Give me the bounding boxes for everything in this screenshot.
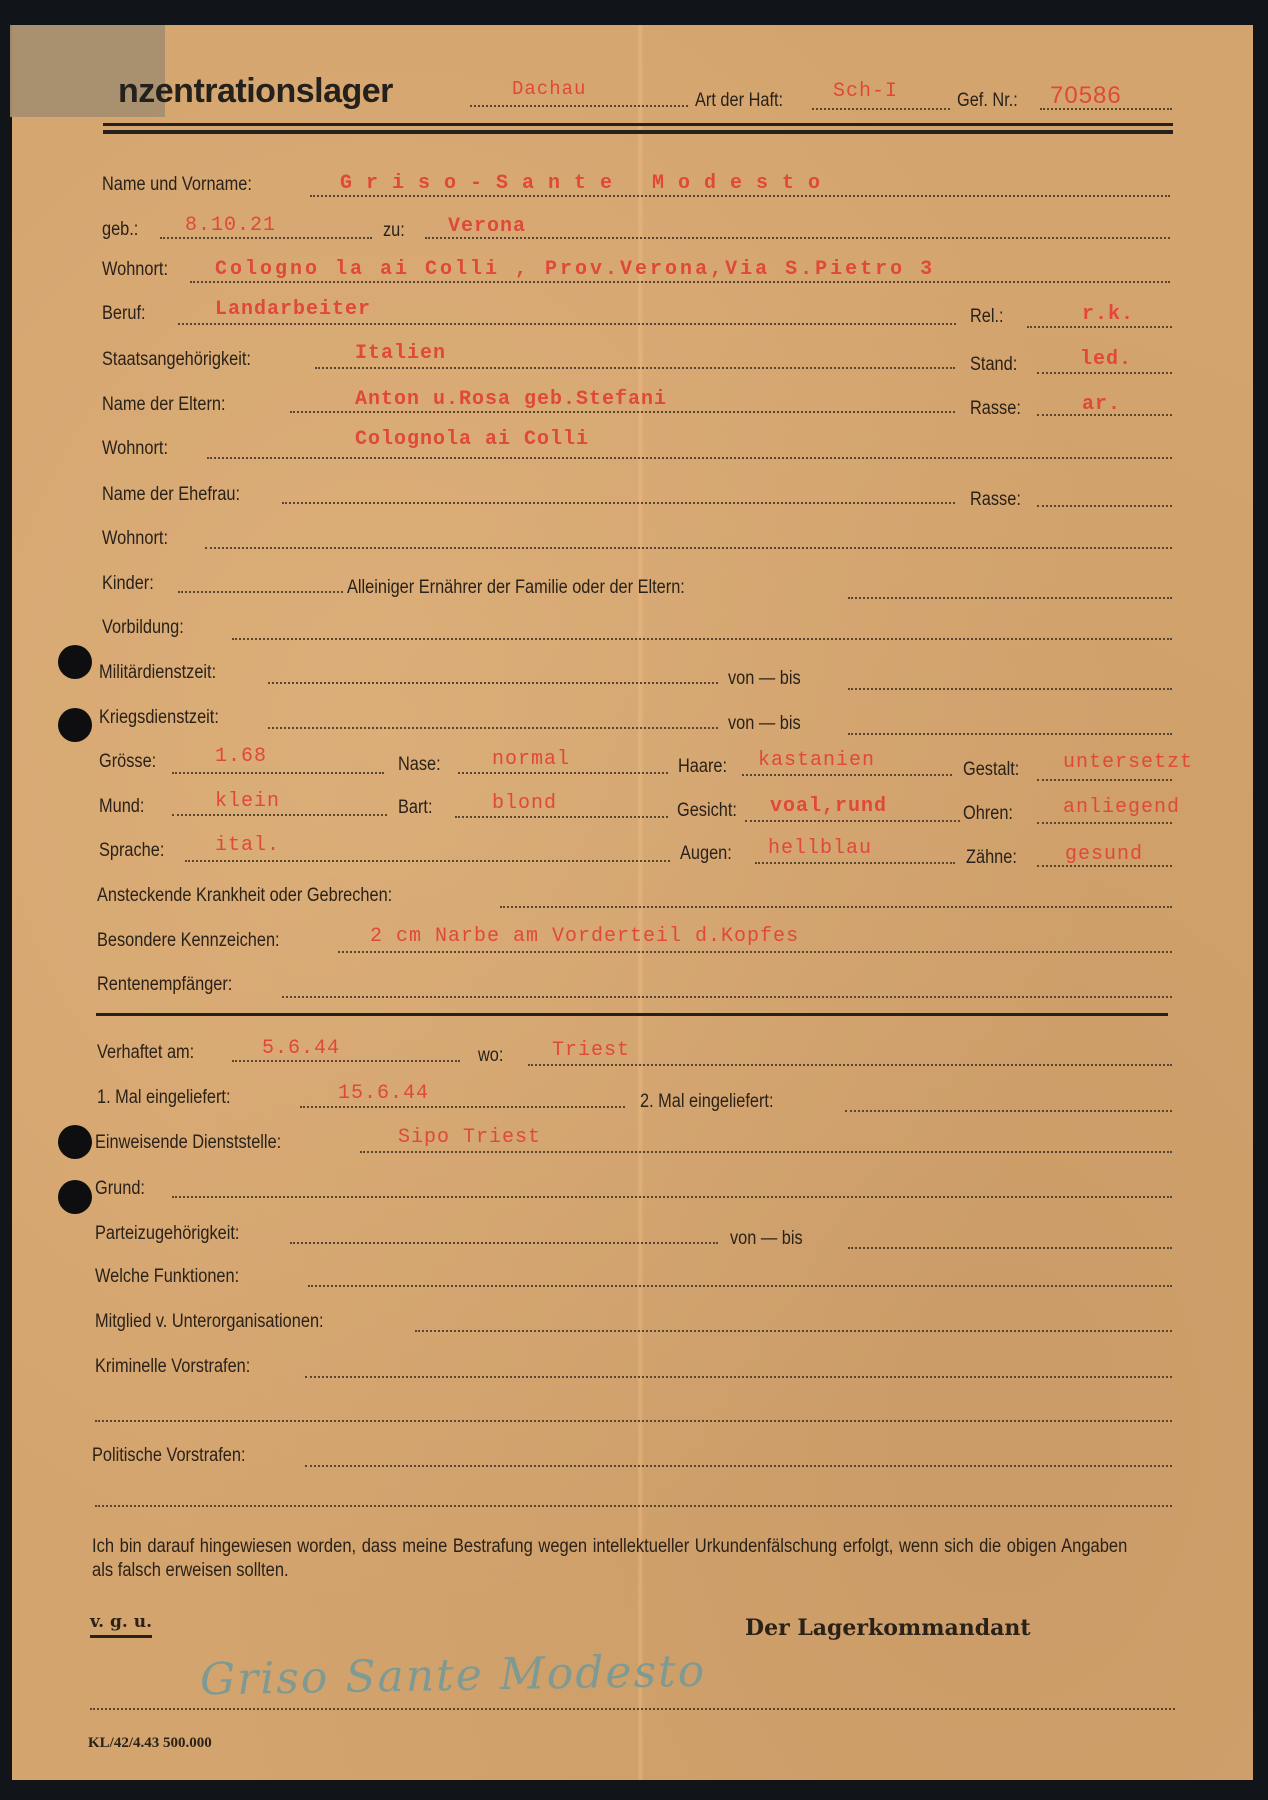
- politisch-label: Politische Vorstrafen:: [92, 1445, 245, 1467]
- rel-value: r.k.: [1082, 303, 1134, 326]
- rasse-value: ar.: [1082, 393, 1121, 416]
- nase-label: Nase:: [398, 754, 441, 776]
- stand-value: led.: [1080, 348, 1132, 371]
- dienststelle-label: Einweisende Dienststelle:: [95, 1132, 281, 1154]
- eltern-label: Name der Eltern:: [102, 394, 226, 416]
- partei-von-bis: von — bis: [730, 1228, 803, 1250]
- punch-hole: [58, 1125, 92, 1159]
- gesicht-label: Gesicht:: [677, 800, 737, 822]
- funktionen-label: Welche Funktionen:: [95, 1266, 239, 1288]
- header-rule-top: [103, 123, 1173, 126]
- name-label: Name und Vorname:: [102, 174, 252, 196]
- camp-name: Dachau: [512, 78, 586, 100]
- mund-value: klein: [215, 790, 280, 813]
- krankheit-label: Ansteckende Krankheit oder Gebrechen:: [97, 885, 392, 907]
- groesse-value: 1.68: [215, 745, 267, 768]
- grund-label: Grund:: [95, 1178, 145, 1200]
- stand-label: Stand:: [970, 354, 1017, 376]
- gef-nr-value: 70586: [1050, 82, 1122, 110]
- prisoner-signature: Griso Sante Modesto: [200, 1646, 707, 1706]
- bart-value: blond: [492, 792, 557, 815]
- rel-label: Rel.:: [970, 306, 1004, 328]
- eltern-wohnort-label: Wohnort:: [102, 438, 168, 460]
- name-value: Griso-Sante Modesto: [340, 172, 834, 195]
- punch-hole: [58, 1180, 92, 1214]
- geb-value: 8.10.21: [185, 214, 276, 237]
- rente-label: Rentenempfänger:: [97, 974, 232, 996]
- gestalt-label: Gestalt:: [963, 759, 1019, 781]
- geb-label: geb.:: [102, 219, 138, 241]
- ehefrau-label: Name der Ehefrau:: [102, 484, 240, 506]
- statement-paragraph: Ich bin darauf hingewiesen worden, dass …: [92, 1535, 1127, 1583]
- mal2-label: 2. Mal eingeliefert:: [640, 1091, 774, 1113]
- rasse-label: Rasse:: [970, 398, 1021, 420]
- kennzeichen-value: 2 cm Narbe am Vorderteil d.Kopfes: [370, 925, 799, 948]
- ehefrau-rasse-label: Rasse:: [970, 489, 1021, 511]
- kinder-label: Kinder:: [102, 573, 154, 595]
- beruf-label: Beruf:: [102, 303, 146, 325]
- punch-hole: [58, 645, 92, 679]
- krieg-label: Kriegsdienstzeit:: [99, 707, 219, 729]
- bart-label: Bart:: [398, 797, 433, 819]
- gef-nr-label: Gef. Nr.:: [957, 90, 1018, 112]
- beruf-value: Landarbeiter: [215, 298, 371, 321]
- art-der-haft-value: Sch-I: [833, 80, 898, 103]
- header-rule-bottom: [103, 130, 1173, 134]
- kennzeichen-label: Besondere Kennzeichen:: [97, 930, 280, 952]
- vorbildung-label: Vorbildung:: [102, 617, 184, 639]
- punch-hole: [58, 708, 92, 742]
- ernaehrer-label: Alleiniger Ernährer der Familie oder der…: [347, 577, 685, 599]
- mitglied-label: Mitglied v. Unterorganisationen:: [95, 1311, 324, 1333]
- gestalt-value: untersetzt: [1063, 751, 1193, 774]
- augen-label: Augen:: [680, 843, 732, 865]
- kriminell-label: Kriminelle Vorstrafen:: [95, 1356, 250, 1378]
- vgu-label: v. g. u.: [90, 1612, 152, 1638]
- sprache-label: Sprache:: [99, 840, 164, 862]
- gesicht-value: voal,rund: [770, 795, 887, 818]
- zaehne-label: Zähne:: [966, 847, 1017, 869]
- eltern-wohnort-value: Colognola ai Colli: [355, 428, 589, 451]
- haare-label: Haare:: [678, 756, 727, 778]
- ehefrau-wohnort-label: Wohnort:: [102, 528, 168, 550]
- wohnort-value: Cologno la ai Colli , Prov.Verona,Via S.…: [215, 258, 935, 281]
- augen-value: hellblau: [768, 837, 872, 860]
- wo-label: wo:: [478, 1045, 503, 1067]
- militaer-label: Militärdienstzeit:: [99, 662, 216, 684]
- kommandant-label: Der Lagerkommandant: [745, 1615, 1031, 1641]
- zaehne-value: gesund: [1065, 843, 1143, 866]
- haare-value: kastanien: [758, 749, 875, 772]
- groesse-label: Grösse:: [99, 751, 156, 773]
- art-der-haft-label: Art der Haft:: [695, 90, 783, 112]
- militaer-von-bis: von — bis: [728, 668, 801, 690]
- mal1-label: 1. Mal eingeliefert:: [97, 1087, 231, 1109]
- zu-label: zu:: [383, 220, 405, 242]
- dienststelle-value: Sipo Triest: [398, 1126, 541, 1149]
- mund-label: Mund:: [99, 796, 144, 818]
- staat-value: Italien: [355, 342, 446, 365]
- mal1-value: 15.6.44: [338, 1082, 429, 1105]
- ohren-label: Ohren:: [963, 803, 1013, 825]
- form-code: KL/42/4.43 500.000: [88, 1735, 212, 1752]
- zu-value: Verona: [448, 215, 526, 238]
- eltern-value: Anton u.Rosa geb.Stefani: [355, 388, 667, 411]
- verhaftet-value: 5.6.44: [262, 1037, 340, 1060]
- wohnort-label: Wohnort:: [102, 259, 168, 281]
- staat-label: Staatsangehörigkeit:: [102, 349, 251, 371]
- wo-value: Triest: [552, 1039, 630, 1062]
- partei-label: Parteizugehörigkeit:: [95, 1223, 239, 1245]
- nase-value: normal: [492, 748, 570, 771]
- verhaftet-label: Verhaftet am:: [97, 1042, 194, 1064]
- section-divider: [96, 1013, 1168, 1016]
- sprache-value: ital.: [215, 834, 280, 857]
- form-title: nzentrationslager: [118, 72, 393, 111]
- ohren-value: anliegend: [1063, 796, 1180, 819]
- krieg-von-bis: von — bis: [728, 713, 801, 735]
